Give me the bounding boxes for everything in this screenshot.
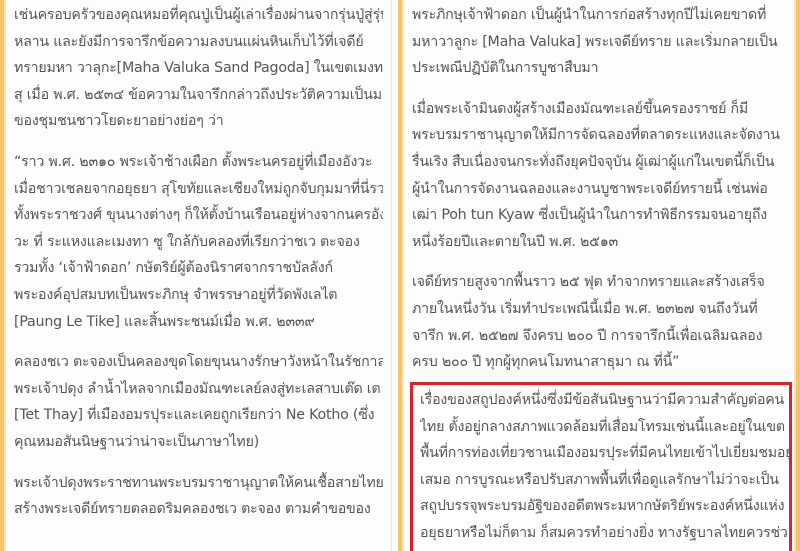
text-line: [Tet Thay] ที่เมืองอมรปุระและเคยถูกเรียก… bbox=[14, 402, 383, 429]
text-line: เช่นครอบครัวของคุณหมอที่คุณปู่เป็นผู้เล่… bbox=[14, 2, 383, 29]
paragraph-stupa-highlight: เรื่องของสถูปองค์หนึ่งซึ่งมีข้อสันนิษฐาน… bbox=[420, 387, 789, 547]
text-line: หลาน และยังมีการจารึกข้อความลงบนแผ่นหินเ… bbox=[14, 29, 383, 56]
text-line: อยุธยาหรือไม่ก็ตาม ก็สมควรทำอย่างยิ่ง ทา… bbox=[420, 520, 789, 547]
text-line: [Paung Le Tike] และสิ้นพระชนม์เมื่อ พ.ศ.… bbox=[14, 309, 383, 336]
paragraph-canal: คลองชเว ตะจองเป็นคลองขุดโดยขุนนางรักษาวั… bbox=[14, 349, 383, 455]
text-line: วะ ที่ ระแหงและเมงทา ซู ใกล้กับคลองที่เร… bbox=[14, 229, 383, 256]
text-line: “ราว พ.ศ. ๒๓๑๐ พระเจ้าช้างเผือก ตั้งพระน… bbox=[14, 149, 383, 176]
text-line: ของชุมชนชาวโยดะยาอย่างย่อๆ ว่า bbox=[14, 108, 383, 135]
text-line: ทั้งพระราชวงศ์ ขุนนางต่างๆ ก็ให้ตั้งบ้าน… bbox=[14, 202, 383, 229]
text-line: เรื่องของสถูปองค์หนึ่งซึ่งมีข้อสันนิษฐาน… bbox=[420, 387, 789, 414]
text-line: ทรายมหา วาลุกะ[Maha Valuka Sand Pagoda] … bbox=[14, 55, 383, 82]
text-line: พระเจ้าปดุง ลำน้ำไหลจากเมืองมัณฑะเลย์ลงส… bbox=[14, 376, 383, 403]
text-line: สร้างพระเจดีย์ทรายตลอดริมคลองชเว ตะจอง ต… bbox=[14, 496, 383, 523]
text-line: มหาวาลูกะ [Maha Valuka] พระเจดีย์ทราย แล… bbox=[412, 29, 786, 56]
paragraph-mindon: เมื่อพระเจ้ามินดงผู้สร้างเมืองมัณฑะเลย์ข… bbox=[412, 96, 786, 256]
paragraph-inscription-quote: “ราว พ.ศ. ๒๓๑๐ พระเจ้าช้างเผือก ตั้งพระน… bbox=[14, 149, 383, 335]
text-line: เมื่อพระเจ้ามินดงผู้สร้างเมืองมัณฑะเลย์ข… bbox=[412, 96, 786, 123]
text-line: เจดีย์ทรายสูงจากพื้นราว ๒๕ ฟุต ทำจากทราย… bbox=[412, 269, 786, 296]
text-line: พระเจ้าปดุงพระราชทานพระบรมราชานุญาตให้คน… bbox=[14, 470, 383, 497]
left-text-panel: เช่นครอบครัวของคุณหมอที่คุณปู่เป็นผู้เล่… bbox=[0, 0, 397, 551]
text-line: พระภิกษุเจ้าฟ้าดอก เป็นผู้นำในการก่อสร้า… bbox=[412, 2, 786, 29]
text-line: ครบ ๒๐๐ ปี ทุกผู้ทุกคนโมทนาสาธุมา ณ ที่น… bbox=[412, 349, 786, 376]
text-line: สถูปบรรจุพระบรมอัฐิของอดีตพระมหากษัตริย์… bbox=[420, 493, 789, 520]
text-line: ภายในหนึ่งวัน เริ่มทำประเพณีนี้เมื่อ พ.ศ… bbox=[412, 296, 786, 323]
text-line: เฒ่า Poh tun Kyaw ซึ่งเป็นผู้นำในการทำพิ… bbox=[412, 202, 786, 229]
text-line: ผู้นำในการจัดงานฉลองและงานบูชาพระเจดีย์ท… bbox=[412, 176, 786, 203]
text-line: ประเพณีปฏิบัติในการบูชาสืบมา bbox=[412, 55, 786, 82]
text-line: พื้นที่การท่องเที่ยวชานเมืองอมรปุระที่มี… bbox=[420, 440, 789, 467]
highlighted-paragraph-box: เรื่องของสถูปองค์หนึ่งซึ่งมีข้อสันนิษฐาน… bbox=[410, 382, 792, 551]
text-line: จารึก พ.ศ. ๒๕๒๗ จึงครบ ๒๐๐ ปี การจารึกนี… bbox=[412, 323, 786, 350]
paragraph-intro: เช่นครอบครัวของคุณหมอที่คุณปู่เป็นผู้เล่… bbox=[14, 2, 383, 135]
text-line: เสมอ การบูรณะหรือปรับสภาพพื้นที่เพื่อดูแ… bbox=[420, 467, 789, 494]
text-line: เมื่อชาวเชลยจากอยุธยา สุโขทัยและเชียงใหม… bbox=[14, 176, 383, 203]
text-line: คลองชเว ตะจองเป็นคลองขุดโดยขุนนางรักษาวั… bbox=[14, 349, 383, 376]
text-line: ไทย ตั้งอยู่กลางสภาพแวดล้อมที่เสื่อมโทรม… bbox=[420, 414, 789, 441]
paragraph-permission: พระเจ้าปดุงพระราชทานพระบรมราชานุญาตให้คน… bbox=[14, 470, 383, 523]
text-line: คุณหมอสันนิษฐานว่าน่าจะเป็นภาษาไทย) bbox=[14, 429, 383, 456]
text-line: สุ เมื่อ พ.ศ. ๒๕๓๔ ข้อความในจารึกกล่าวถึ… bbox=[14, 82, 383, 109]
text-line: พระบรมราชานุญาตให้มีการจัดฉลองที่ตลาดระแ… bbox=[412, 122, 786, 149]
text-line: รื่นเริง สืบเนื่องจนกระทั่งถึงยุคปัจจุบั… bbox=[412, 149, 786, 176]
paragraph-monk: พระภิกษุเจ้าฟ้าดอก เป็นผู้นำในการก่อสร้า… bbox=[412, 2, 786, 82]
text-line: รวมทั้ง ‘เจ้าฟ้าดอก’ กษัตริย์ผู้ต้องนิรา… bbox=[14, 255, 383, 282]
text-line: พระองค์อุปสมบทเป็นพระภิกษุ จำพรรษาอยู่ที… bbox=[14, 282, 383, 309]
paragraph-sand-pagoda: เจดีย์ทรายสูงจากพื้นราว ๒๕ ฟุต ทำจากทราย… bbox=[412, 269, 786, 375]
text-line: หนึ่งร้อยปีและตายในปี พ.ศ. ๒๕๑๓ bbox=[412, 229, 786, 256]
